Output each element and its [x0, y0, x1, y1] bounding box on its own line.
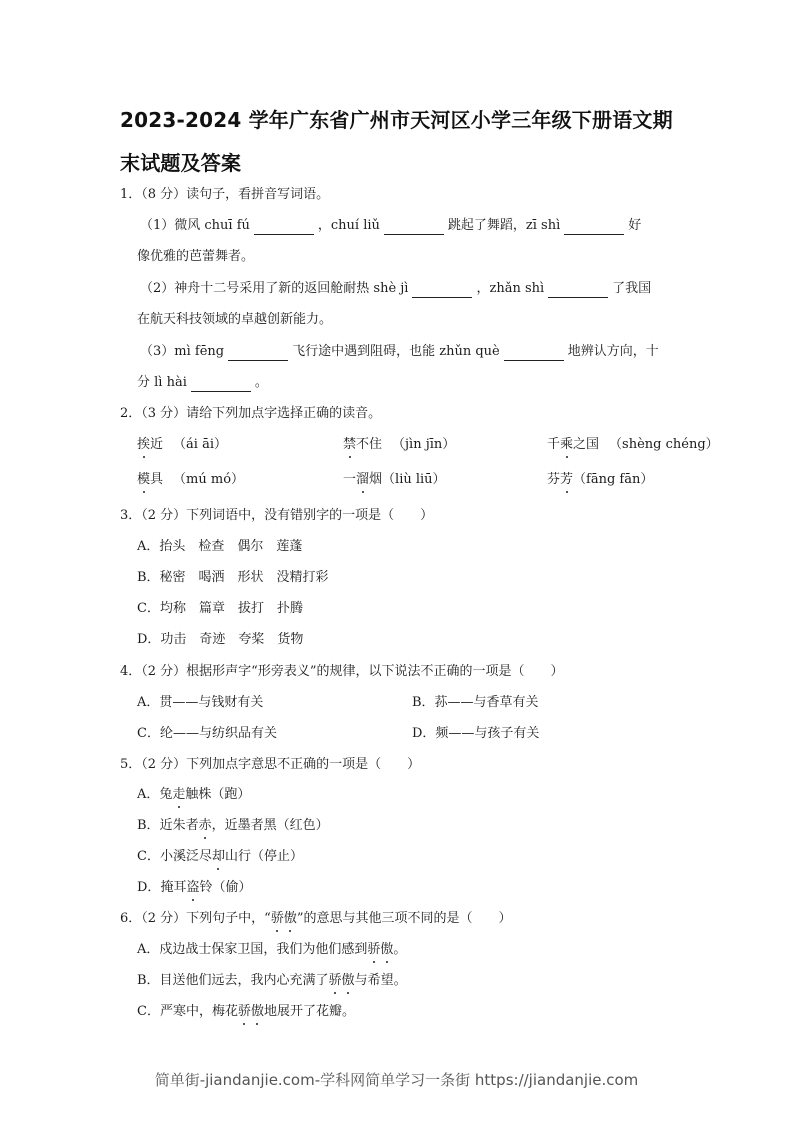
document-title-line-1: 2023-2024 学年广东省广州市天河区小学三年级下册语文期: [120, 104, 700, 133]
answer-blank[interactable]: [254, 220, 314, 235]
question-1-sentence-2-continued: 在航天科技领域的卓越创新能力。: [137, 311, 332, 329]
question-6-heading: 6．（2 分）下列句子中，“骄傲”的意思与其他三项不同的是（ ）: [120, 910, 512, 928]
dotted-char: 骄: [329, 972, 342, 990]
option-b: B．荪——与香草有关: [412, 694, 539, 712]
pinyin-options: （ái āi）: [173, 437, 227, 452]
q1-s1-mid2: 跳起了舞蹈，zī shì: [448, 218, 560, 233]
option-c: C．均称 篇章 拔打 扑腾: [137, 600, 303, 618]
option-c: C．小溪泛尽却山行（停止）: [137, 848, 303, 866]
pinyin-options: （liù liū）: [382, 472, 446, 487]
option-label: B．: [137, 818, 160, 833]
q1-s2-end: 了我国: [612, 281, 651, 296]
pinyin-options: （shèng chéng）: [609, 437, 719, 452]
pinyin-options: （jìn jīn）: [392, 437, 455, 452]
option-text: 。: [393, 942, 406, 957]
question-3-heading: 3．（2 分）下列词语中，没有错别字的一项是（ ）: [120, 507, 433, 525]
option-text: 地展开了花瓣。: [264, 1004, 355, 1019]
dotted-char: 骄: [238, 1003, 251, 1021]
answer-blank[interactable]: [548, 283, 608, 298]
option-text: 小溪泛尽: [160, 849, 212, 864]
option-a: A．抬头 检查 偶尔 莲蓬: [137, 538, 302, 556]
document-title-line-2: 末试题及答案: [120, 147, 700, 176]
option-label: D．: [137, 880, 160, 895]
dotted-char: 溜: [356, 471, 369, 489]
option-text: B．目送他们远去，我内心充满了: [137, 973, 329, 988]
option-d: D．频——与孩子有关: [412, 725, 539, 743]
option-text: 与希望。: [355, 973, 407, 988]
option-b: B．目送他们远去，我内心充满了骄傲与希望。: [137, 972, 407, 990]
item-text: 一: [343, 472, 356, 487]
q1-s1-prefix: （1）微风 chuī fú: [140, 218, 250, 233]
dotted-char: 傲: [284, 910, 297, 928]
q1-s1-end: 好: [628, 218, 641, 233]
dotted-char: 模: [137, 471, 150, 489]
option-text: 近朱者: [160, 818, 199, 833]
footer-watermark: 简单街-jiandanjie.com-学科网简单学习一条街 https://ji…: [0, 1069, 793, 1090]
dotted-char: 傲: [251, 1003, 264, 1021]
answer-blank[interactable]: [504, 346, 564, 361]
option-a: A．贯——与钱财有关: [137, 694, 263, 712]
option-text: 触株（跑）: [185, 787, 250, 802]
option-text: 山行（停止）: [225, 849, 303, 864]
dotted-char: 却: [212, 848, 225, 866]
question-text: 6．（2 分）下列句子中，“: [120, 911, 271, 926]
q1-s1-mid1: ，chuí liǔ: [318, 218, 380, 233]
item-text: 近: [150, 437, 163, 452]
dotted-char: 乘: [560, 436, 573, 454]
option-text: 兔: [159, 787, 172, 802]
option-b: B．近朱者赤，近墨者黑（红色）: [137, 817, 329, 835]
item-text: 之国: [573, 437, 599, 452]
answer-blank[interactable]: [228, 346, 288, 361]
pronunciation-item: 千乘之国（shèng chéng）: [547, 436, 719, 454]
dotted-char: 骄: [271, 910, 284, 928]
pronunciation-item: 挨近（ái āi）: [137, 436, 227, 454]
option-a: A．兔走触株（跑）: [137, 786, 250, 804]
pinyin-options: （mú mó）: [173, 472, 244, 487]
pinyin-options: （fāng fān）: [573, 472, 653, 487]
dotted-char: 傲: [380, 941, 393, 959]
question-1-sentence-3-continued: 分 lì hài。: [137, 374, 268, 392]
question-4-heading: 4．（2 分）根据形声字“形旁表义”的规律，以下说法不正确的一项是（ ）: [120, 663, 563, 681]
answer-blank[interactable]: [412, 283, 472, 298]
option-label: C．: [137, 849, 160, 864]
dotted-char: 禁: [343, 436, 356, 454]
q1-s3-mid1: 飞行途中遇到阻碍，也能 zhǔn què: [292, 344, 500, 359]
question-1-sentence-3: （3）mì fēng飞行途中遇到阻碍，也能 zhǔn què地辨认方向，十: [140, 343, 659, 361]
q1-s3-prefix: （3）mì fēng: [140, 344, 224, 359]
option-text: 铃（偷）: [199, 880, 251, 895]
q1-s3-cont-prefix: 分 lì hài: [137, 375, 187, 390]
q1-s3-end: 地辨认方向，十: [568, 344, 659, 359]
pronunciation-item: 模具（mú mó）: [137, 471, 244, 489]
pronunciation-item: 一溜烟（liù liū）: [343, 471, 446, 489]
item-text: 芬: [547, 472, 560, 487]
question-1-sentence-2: （2）神舟十二号采用了新的返回舱耐热 shè jì，zhǎn shì了我国: [140, 280, 651, 298]
option-text: A．戍边战士保家卫国，我们为他们感到: [137, 942, 367, 957]
dotted-char: 挨: [137, 436, 150, 454]
answer-blank[interactable]: [384, 220, 444, 235]
answer-blank[interactable]: [191, 377, 251, 392]
question-5-heading: 5．（2 分）下列加点字意思不正确的一项是（ ）: [120, 756, 420, 774]
question-1-sentence-1-continued: 像优雅的芭蕾舞者。: [137, 248, 254, 266]
option-d: D．功击 奇迹 夸桨 货物: [137, 631, 303, 649]
item-text: 烟: [369, 472, 382, 487]
option-text: C．严寒中，梅花: [137, 1004, 238, 1019]
document-page: 2023-2024 学年广东省广州市天河区小学三年级下册语文期 末试题及答案 1…: [0, 0, 793, 1122]
pronunciation-item: 芬芳（fāng fān）: [547, 471, 653, 489]
answer-blank[interactable]: [564, 220, 624, 235]
dotted-char: 傲: [342, 972, 355, 990]
item-text: 千: [547, 437, 560, 452]
dotted-char: 赤: [199, 817, 212, 835]
dotted-char: 芳: [560, 471, 573, 489]
dotted-char: 骄: [367, 941, 380, 959]
question-2-heading: 2．（3 分）请给下列加点字选择正确的读音。: [120, 405, 381, 423]
question-text: ”的意思与其他三项不同的是（ ）: [297, 911, 512, 926]
option-a: A．戍边战士保家卫国，我们为他们感到骄傲。: [137, 941, 406, 959]
dotted-char: 盗: [186, 879, 199, 897]
dotted-char: 走: [172, 786, 185, 804]
q1-s2-mid1: ，zhǎn shì: [476, 281, 544, 296]
pronunciation-item: 禁不住（jìn jīn）: [343, 436, 455, 454]
question-1-sentence-1: （1）微风 chuī fú，chuí liǔ跳起了舞蹈，zī shì好: [140, 217, 641, 235]
item-text: 具: [150, 472, 163, 487]
q1-s3-cont-end: 。: [255, 375, 268, 390]
option-c: C．纶——与纺织品有关: [137, 725, 277, 743]
option-b: B．秘密 喝洒 形状 没精打彩: [137, 569, 329, 587]
option-text: ，近墨者黑（红色）: [212, 818, 329, 833]
option-d: D．掩耳盗铃（偷）: [137, 879, 251, 897]
question-1-heading: 1．（8 分）读句子，看拼音写词语。: [120, 186, 329, 204]
option-c: C．严寒中，梅花骄傲地展开了花瓣。: [137, 1003, 355, 1021]
q1-s2-prefix: （2）神舟十二号采用了新的返回舱耐热 shè jì: [140, 281, 408, 296]
option-label: A．: [137, 787, 159, 802]
item-text: 不住: [356, 437, 382, 452]
option-text: 掩耳: [160, 880, 186, 895]
